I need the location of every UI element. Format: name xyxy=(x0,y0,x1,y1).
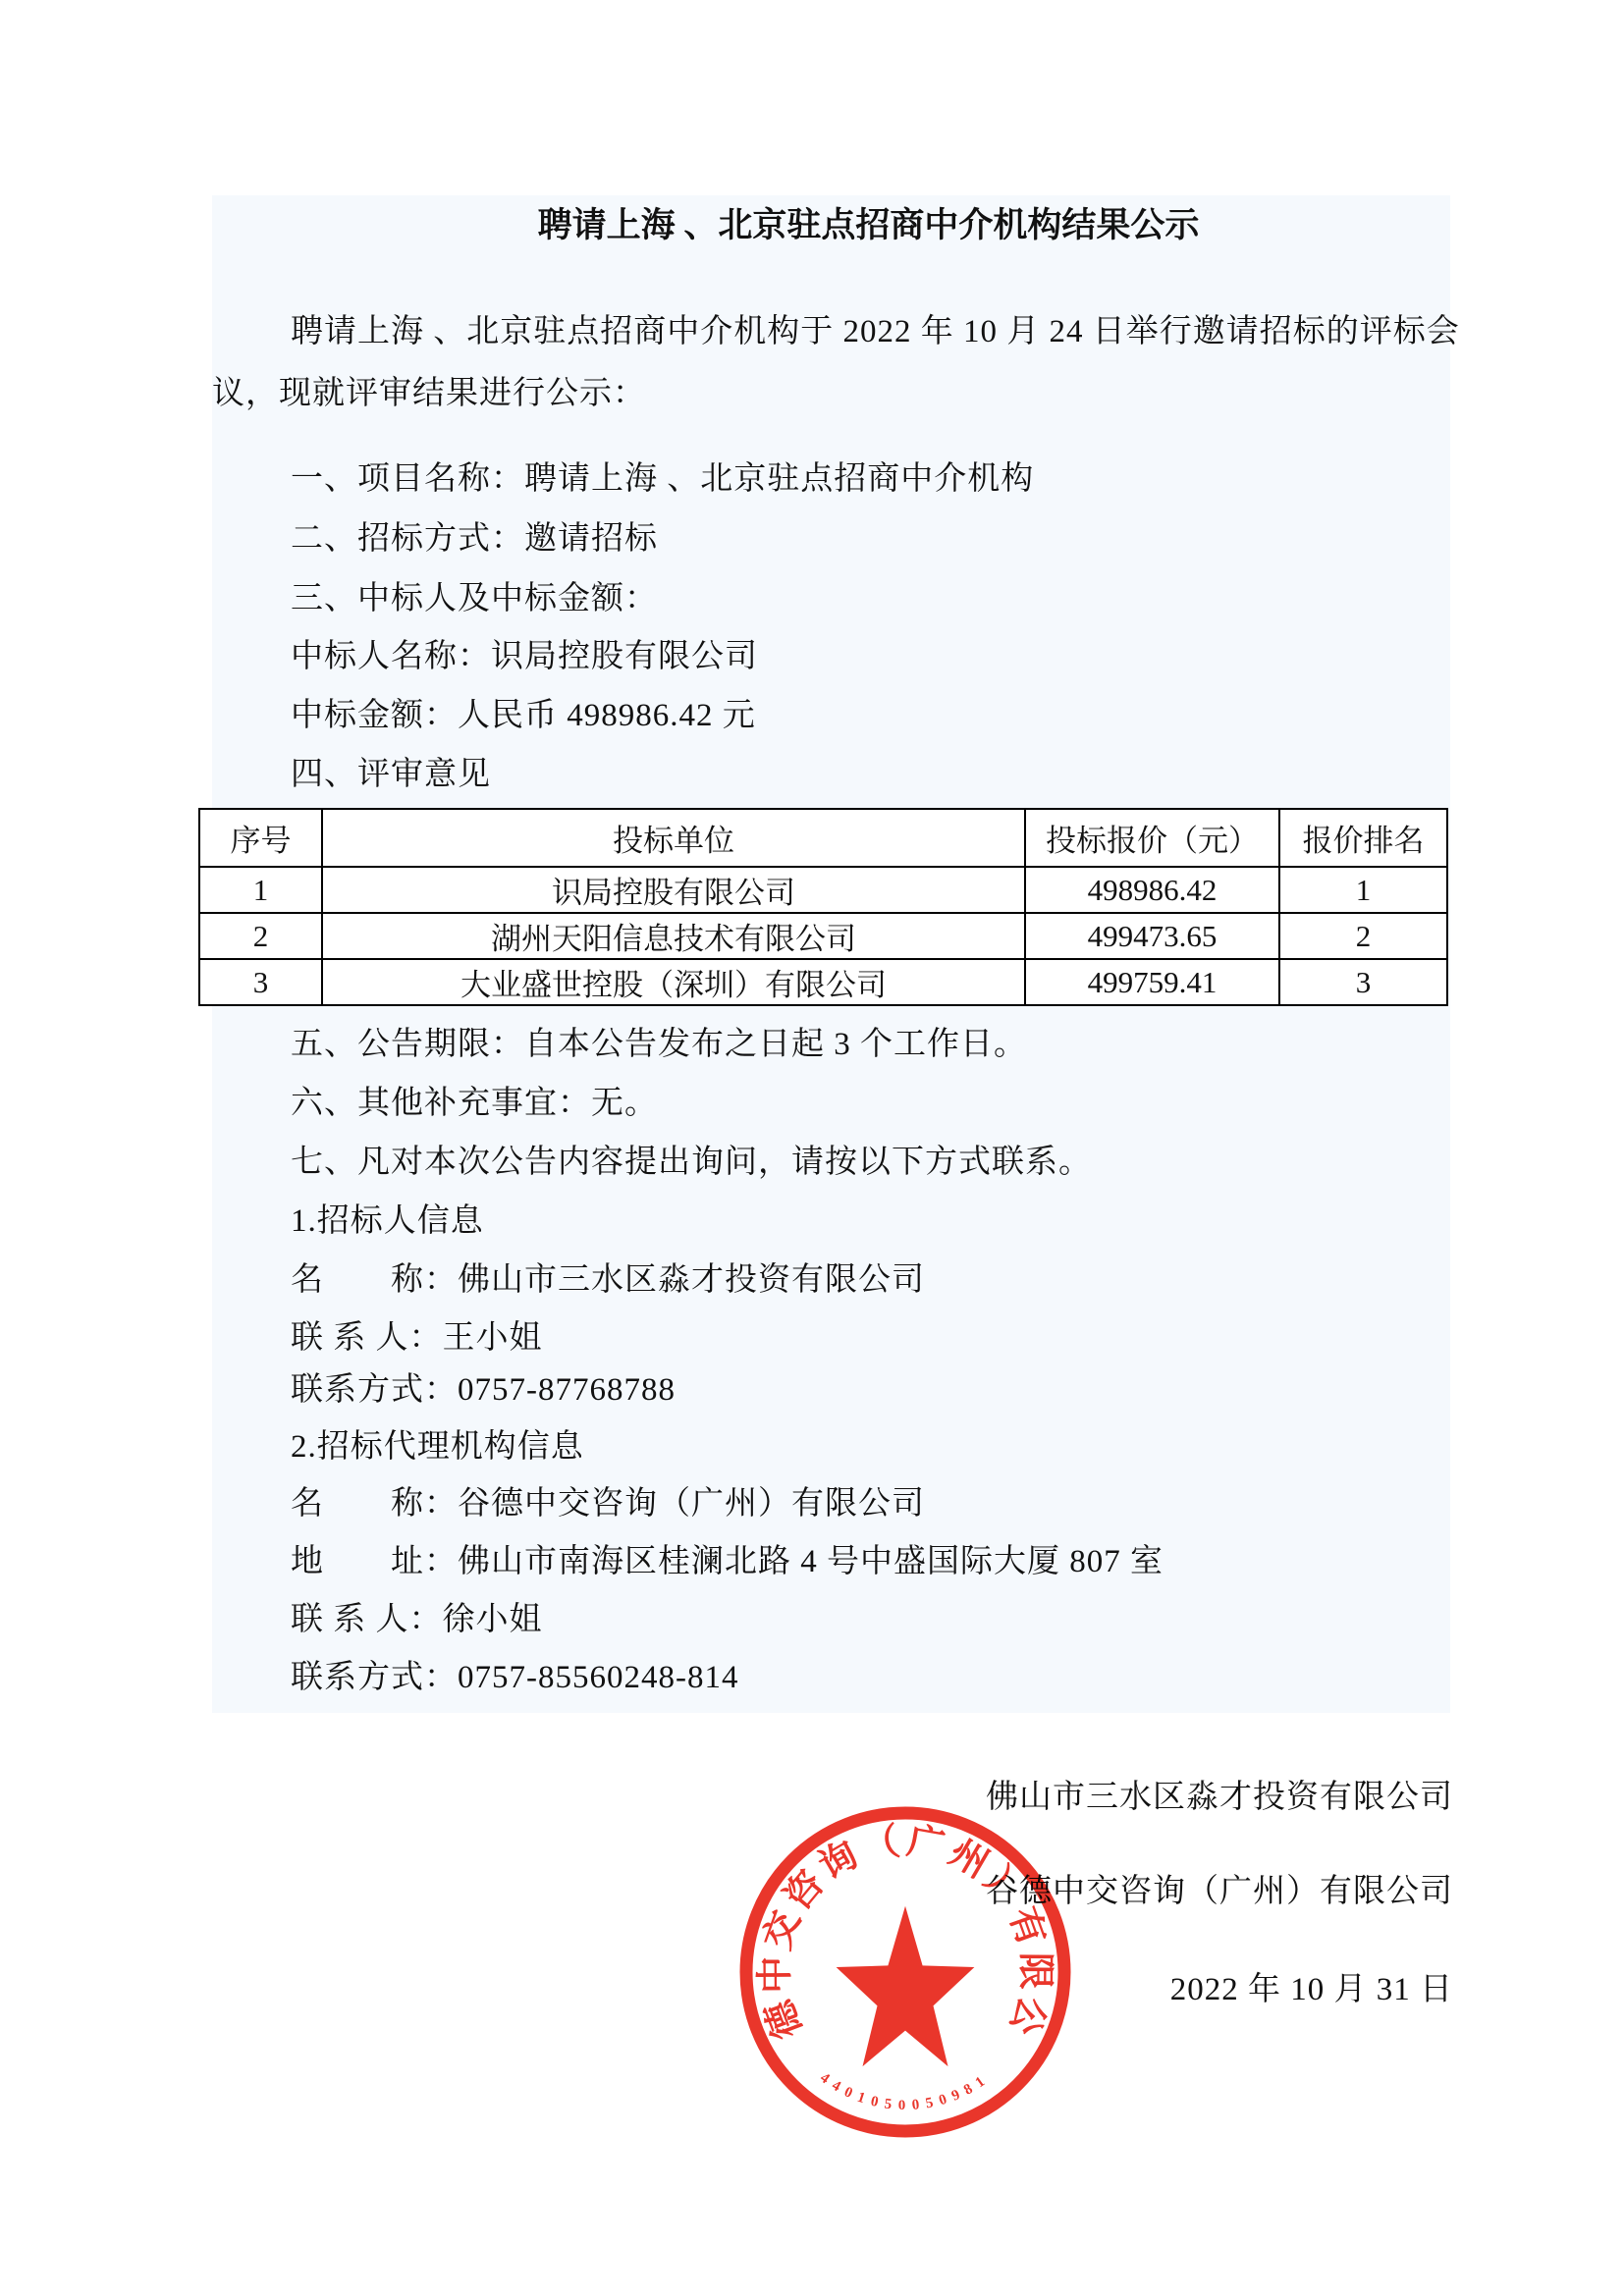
signature-date: 2022 年 10 月 31 日 xyxy=(1170,1971,1453,2008)
section-inquiry: 七、凡对本次公告内容提出询问，请按以下方式联系。 xyxy=(291,1145,1092,1180)
section-winner-heading: 三、中标人及中标金额： xyxy=(291,581,658,616)
cell-bidder: 湖州天阳信息技术有限公司 xyxy=(322,913,1025,959)
cell-bidder: 识局控股有限公司 xyxy=(322,867,1025,913)
seal-serial-number: 4401050050981 xyxy=(817,2070,994,2113)
section-project-name: 一、项目名称：聘请上海 、北京驻点招商中介机构 xyxy=(291,461,1034,497)
intro-line-1: 聘请上海 、北京驻点招商中介机构于 2022 年 10 月 24 日举行邀请招标… xyxy=(291,314,1460,349)
agency-info-heading: 2.招标代理机构信息 xyxy=(291,1429,584,1465)
section-publicity-period: 五、公告期限：自本公告发布之日起 3 个工作日。 xyxy=(291,1027,1027,1062)
section-review-heading: 四、评审意见 xyxy=(291,757,491,792)
cell-rank: 1 xyxy=(1279,867,1447,913)
intro-line-2: 议，现就评审结果进行公示： xyxy=(212,376,646,411)
table-row: 1 识局控股有限公司 498986.42 1 xyxy=(199,867,1447,913)
section-other-matters: 六、其他补充事宜：无。 xyxy=(291,1086,658,1121)
agency-address: 地 址：佛山市南海区桂澜北路 4 号中盛国际大厦 807 室 xyxy=(291,1544,1164,1579)
seal-star-icon xyxy=(837,1906,975,2066)
header-price: 投标报价（元） xyxy=(1025,809,1279,867)
announcement-page: 聘请上海 、北京驻点招商中介机构结果公示 聘请上海 、北京驻点招商中介机构于 2… xyxy=(0,0,1624,2296)
agency-name: 名 称：谷德中交咨询（广州）有限公司 xyxy=(291,1486,925,1522)
section-bid-method: 二、招标方式：邀请招标 xyxy=(291,521,658,557)
table-header-row: 序号 投标单位 投标报价（元） 报价排名 xyxy=(199,809,1447,867)
section-winner-name: 中标人名称：识局控股有限公司 xyxy=(291,639,758,674)
cell-rank: 2 xyxy=(1279,913,1447,959)
cell-rank: 3 xyxy=(1279,959,1447,1005)
tenderer-contact-phone: 联系方式：0757-87768788 xyxy=(291,1372,676,1408)
tenderer-name: 名 称：佛山市三水区淼才投资有限公司 xyxy=(291,1262,925,1298)
section-winner-amount: 中标金额：人民币 498986.42 元 xyxy=(291,698,756,733)
header-rank: 报价排名 xyxy=(1279,809,1447,867)
header-serial: 序号 xyxy=(199,809,322,867)
cell-price: 499759.41 xyxy=(1025,959,1279,1005)
agency-contact-person: 联 系 人：徐小姐 xyxy=(291,1602,543,1637)
company-seal-stamp: 谷德中交咨询（广州）有限公司 4401050050981 xyxy=(729,1795,1082,2149)
tenderer-contact-person: 联 系 人：王小姐 xyxy=(291,1320,543,1356)
cell-price: 499473.65 xyxy=(1025,913,1279,959)
tenderer-info-heading: 1.招标人信息 xyxy=(291,1203,484,1239)
cell-price: 498986.42 xyxy=(1025,867,1279,913)
cell-serial: 3 xyxy=(199,959,322,1005)
cell-serial: 1 xyxy=(199,867,322,913)
page-title: 聘请上海 、北京驻点招商中介机构结果公示 xyxy=(212,206,1450,245)
table-row: 3 大业盛世控股（深圳）有限公司 499759.41 3 xyxy=(199,959,1447,1005)
header-bidder: 投标单位 xyxy=(322,809,1025,867)
bid-results-table: 序号 投标单位 投标报价（元） 报价排名 1 识局控股有限公司 498986.4… xyxy=(198,808,1448,1006)
cell-bidder: 大业盛世控股（深圳）有限公司 xyxy=(322,959,1025,1005)
cell-serial: 2 xyxy=(199,913,322,959)
agency-contact-phone: 联系方式：0757-85560248-814 xyxy=(291,1660,738,1695)
table-row: 2 湖州天阳信息技术有限公司 499473.65 2 xyxy=(199,913,1447,959)
